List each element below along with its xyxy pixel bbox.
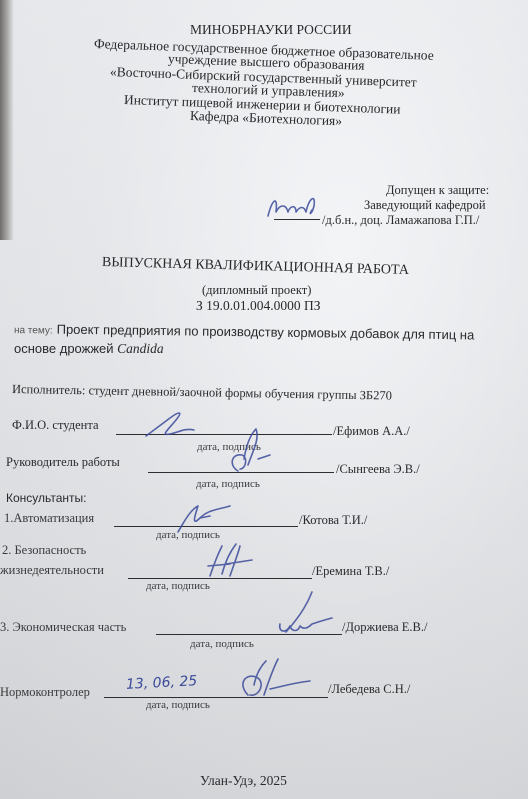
normcontrol-signature — [234, 655, 318, 705]
safety-date-caption: дата, подпись — [146, 580, 210, 592]
consultant-economics-label: 3. Экономическая часть — [0, 620, 126, 635]
head-signature — [262, 190, 328, 224]
normcontrol-name: /Лебедева С.Н./ — [328, 682, 410, 697]
normcontrol-label: Нормоконтролер — [0, 685, 90, 700]
economics-date-caption: дата, подпись — [190, 638, 254, 650]
safety-name: /Еремина Т.В./ — [312, 564, 389, 579]
city-year: Улан-Удэ, 2025 — [200, 773, 287, 789]
student-name: /Ефимов А.А./ — [333, 424, 410, 439]
consultants-heading: Консультанты: — [6, 491, 86, 505]
topic-italic-genus: Candida — [117, 341, 164, 356]
consultant-safety-label: жизнедеятельности — [0, 563, 104, 578]
topic-label: на тему: — [14, 325, 53, 337]
document-code: З 19.0.01.004.0000 ПЗ — [196, 298, 321, 314]
economics-signature — [272, 590, 336, 638]
economics-name: /Доржиева Е.В./ — [342, 620, 427, 635]
head-name: /д.б.н., доц. Ламажапова Г.П./ — [322, 213, 479, 228]
consultant-safety-label-line1: 2. Безопасность — [2, 543, 86, 558]
safety-signature — [200, 540, 260, 582]
head-title: Заведующий кафедрой — [364, 198, 486, 213]
page-edge-shadow — [0, 0, 14, 240]
supervisor-date-caption: дата, подпись — [196, 478, 260, 490]
automation-name: /Котова Т.И./ — [299, 513, 367, 528]
ministry-line: МИНОБРНАУКИ РОССИИ — [190, 22, 352, 37]
admitted-label: Допущен к защите: — [386, 183, 489, 198]
student-label: Ф.И.О. студента — [12, 418, 99, 433]
work-subtype: (дипломный проект) — [202, 283, 311, 298]
supervisor-name: /Сынгеева Э.В./ — [336, 462, 420, 477]
topic-line-2: основе дрожжей Candida — [14, 340, 164, 358]
consultant-automation-label: 1.Автоматизация — [4, 511, 94, 526]
normcontrol-date-caption: дата, подпись — [146, 699, 210, 711]
student-signature — [140, 408, 200, 442]
supervisor-label: Руководитель работы — [6, 455, 120, 470]
supervisor-signature — [218, 425, 278, 477]
